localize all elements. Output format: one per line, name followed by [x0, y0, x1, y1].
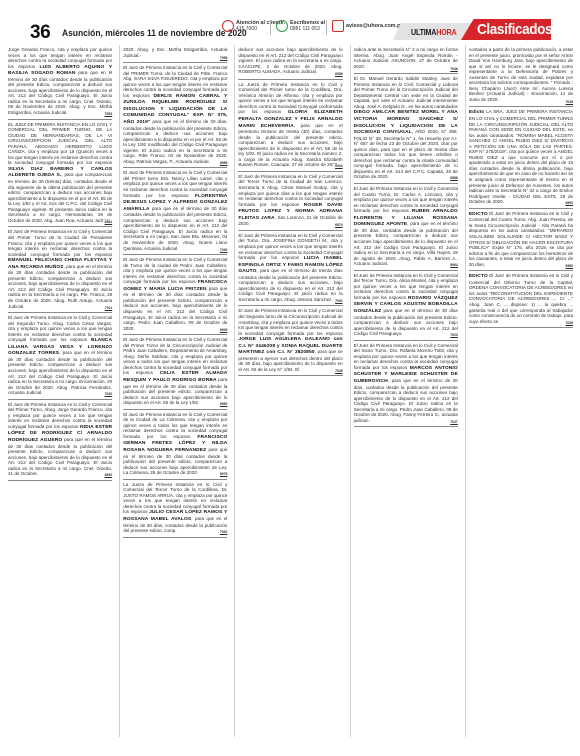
notice-text: radica ante la Secretaría N° 2 a mi carg… [354, 47, 458, 69]
classified-columns: Jorge Gerardo Franco, cita y emplaza por… [8, 45, 576, 737]
legal-notice: El Juez de Primera Instancia en lo Civil… [123, 63, 227, 168]
notice-text-rest: para que en el término de 30 días contad… [123, 206, 227, 251]
notice-code: 7028 [563, 321, 573, 327]
contact-whatsapp: Escríbenos al0981 111 053 [276, 20, 325, 32]
legal-notice: EDICTO El Juez de Primera Instancia en l… [469, 209, 573, 271]
notice-code: 7058 [218, 56, 228, 62]
notice-code: 6986 [448, 176, 458, 182]
legal-notice: El Juez de Primera Instancia en lo Civil… [123, 410, 227, 480]
notice-code: 6980 [563, 264, 573, 270]
notice-code: 6981 [103, 220, 113, 226]
notice-parties: EDICTO [469, 212, 488, 217]
notice-text-rest: LA SRA. JUEZ DE PRIMERA INSTANCIA EN LO … [469, 109, 573, 204]
legal-notice: El Juez de Primera Instancia en lo Civil… [354, 184, 458, 271]
section-title: Clasificados [477, 21, 552, 38]
legal-notice: El Juez de Primera Instancia en lo Civil… [8, 313, 112, 400]
brand-banner: ULTIMAHORA Clasificados [393, 19, 580, 40]
legal-notice: El Juez de Primera Instancia en lo Civil… [8, 400, 112, 481]
column-2: 2020. Abog. y Esc. Mirtha Estigarribia, … [119, 45, 230, 737]
divider [270, 20, 271, 35]
contact-value: 415 7000 [236, 26, 257, 32]
notice-code: 7032 [218, 530, 228, 536]
column-5: contados a partir de la primera publicac… [465, 45, 576, 737]
column-1: Jorge Gerardo Franco, cita y emplaza por… [8, 45, 115, 737]
legal-notice: El Juez de Primera Instancia en lo Civil… [354, 271, 458, 341]
notice-text-rest: , para que en el término de 30 días cont… [8, 350, 112, 395]
notice-code: 7059 [103, 112, 113, 118]
notice-code: 6989 [218, 161, 228, 167]
notice-code: 6988 [333, 72, 343, 78]
notice-code: 6993 [563, 201, 573, 207]
notice-text-rest: para que en el término de 30 días contad… [123, 286, 227, 331]
notice-code: 6945 [218, 328, 228, 334]
notice-code: 7045 [563, 100, 573, 106]
column-4: radica ante la Secretaría N° 2 a mi carg… [350, 45, 461, 737]
legal-notice: deducir sus acciones bajo apercibimiento… [238, 45, 342, 80]
notice-text: El Juez de Primera Instancia en lo Civil… [123, 337, 227, 375]
legal-notice: Jorge Gerardo Franco, cita y emplaza por… [8, 45, 112, 120]
column-3: deducir sus acciones bajo apercibimiento… [234, 45, 345, 737]
notice-code: 7031 [333, 299, 343, 305]
notice-code: 6960 [218, 402, 228, 408]
legal-notice: El Juez de Primera Instancia en lo Civil… [8, 227, 112, 313]
divider [326, 20, 327, 35]
notice-code: 6979 [218, 472, 228, 478]
publication-date: Asunción, miércoles 11 de noviembre de 2… [62, 28, 247, 38]
legal-notice: EL JUEZ DE PRIMERA INSTANCIA EN LO CIVIL… [8, 120, 112, 228]
legal-notice: El Juez de Primera Instancia en lo Civil… [123, 335, 227, 410]
notice-code: 7046 [448, 67, 458, 73]
notice-text: El Juez de Primera Instancia en lo Civil… [8, 229, 112, 256]
notice-code: 6964 [448, 263, 458, 269]
notice-code: 6930 [103, 473, 113, 479]
page-header: 36 Asunción, miércoles 11 de noviembre d… [0, 0, 580, 42]
legal-notice: El Juez de Primera Instancia en lo Civil… [238, 306, 342, 376]
notice-text: EL JUEZ DE PRIMERA INSTANCIA EN LO CIVIL… [8, 122, 112, 166]
legal-notice: El Juez de Primera Instancia en lo Civil… [123, 168, 227, 255]
phone-icon [222, 20, 234, 32]
notice-text-rest: , para que en el término de 30 días, con… [354, 378, 458, 423]
legal-notice: La Jueza de Primera Instancia en lo Civi… [123, 480, 227, 538]
notice-parties: EDICTO [469, 274, 488, 279]
page-number: 36 [30, 22, 50, 44]
notice-text-rest: , AÑO 2020, N° 358, FOLIO N° 39, Secreta… [354, 129, 458, 179]
notice-code: 7040 [218, 248, 228, 254]
notice-parties: Edicto [469, 110, 485, 115]
whatsapp-icon [276, 20, 288, 32]
legal-notice: El Juez de Primera Instancia en lo Civil… [238, 172, 342, 231]
legal-notice: 2020. Abog. y Esc. Mirtha Estigarribia, … [123, 45, 227, 63]
notice-text-rest: para que en el término de 30 días contad… [8, 70, 112, 115]
legal-notice: EDICTO El Juez de Primera Instancia en l… [469, 271, 573, 328]
notice-code: 6974 [333, 223, 343, 229]
mail-icon [332, 20, 344, 32]
notice-code: 7020 [103, 392, 113, 398]
notice-text-rest: , para que en el término de 30 días, con… [354, 221, 458, 266]
legal-notice: El Juez de Primera Instancia en lo Civil… [123, 255, 227, 335]
legal-notice: contados a partir de la primera publicac… [469, 45, 573, 107]
notice-text: deducir sus acciones bajo apercibimiento… [238, 47, 342, 74]
brand-part2: HORA [436, 27, 456, 37]
notice-text-rest: , para que comparezcan en término de 30 … [8, 172, 112, 222]
notice-text-rest: para que en el término de 30 días contad… [8, 437, 112, 476]
notice-code: 7027 [448, 420, 458, 426]
notice-text-rest: , para que en el término de 30 días cont… [8, 264, 112, 309]
notice-code: 7011 [103, 306, 112, 312]
notice-code: 7045 [333, 369, 343, 375]
notice-text: 2020. Abog. y Esc. Mirtha Estigarribia, … [123, 47, 227, 58]
contact-value: 0981 111 053 [290, 26, 320, 32]
notice-code: 6934 [333, 164, 343, 170]
notice-text: El Dr. Manuel Gerardo Saltdin Stanley, J… [354, 76, 458, 109]
legal-notice: El Dr. Manuel Gerardo Saltdin Stanley, J… [354, 74, 458, 184]
notice-text-rest: El Juez de Primera Instancia en lo Civil… [469, 211, 573, 267]
notice-text-rest: El Juez de Primera Instancia en lo Civil… [469, 273, 573, 323]
brand-logo: ULTIMAHORA [411, 27, 456, 37]
legal-notice: El Juez de Primera Instancia en lo Civil… [238, 231, 342, 307]
legal-notice: La Jueza de Primera Instancia en lo Civi… [238, 80, 342, 172]
brand-part1: ULTIMA [411, 27, 436, 37]
legal-notice: radica ante la Secretaría N° 2 a mi carg… [354, 45, 458, 74]
notice-text-rest: para que en el término de 30 días, conta… [123, 119, 227, 164]
legal-notice: Edicto LA SRA. JUEZ DE PRIMERA INSTANCIA… [469, 107, 573, 208]
notice-text: contados a partir de la primera publicac… [469, 47, 573, 102]
notice-text: El Juez de Primera Instancia en lo Civil… [238, 308, 342, 335]
notice-code: 7023 [448, 333, 458, 339]
legal-notice: El Juez de Primera Instancia en lo Civil… [354, 341, 458, 428]
notice-text-rest: , para que en el perentorio término de t… [238, 123, 342, 168]
